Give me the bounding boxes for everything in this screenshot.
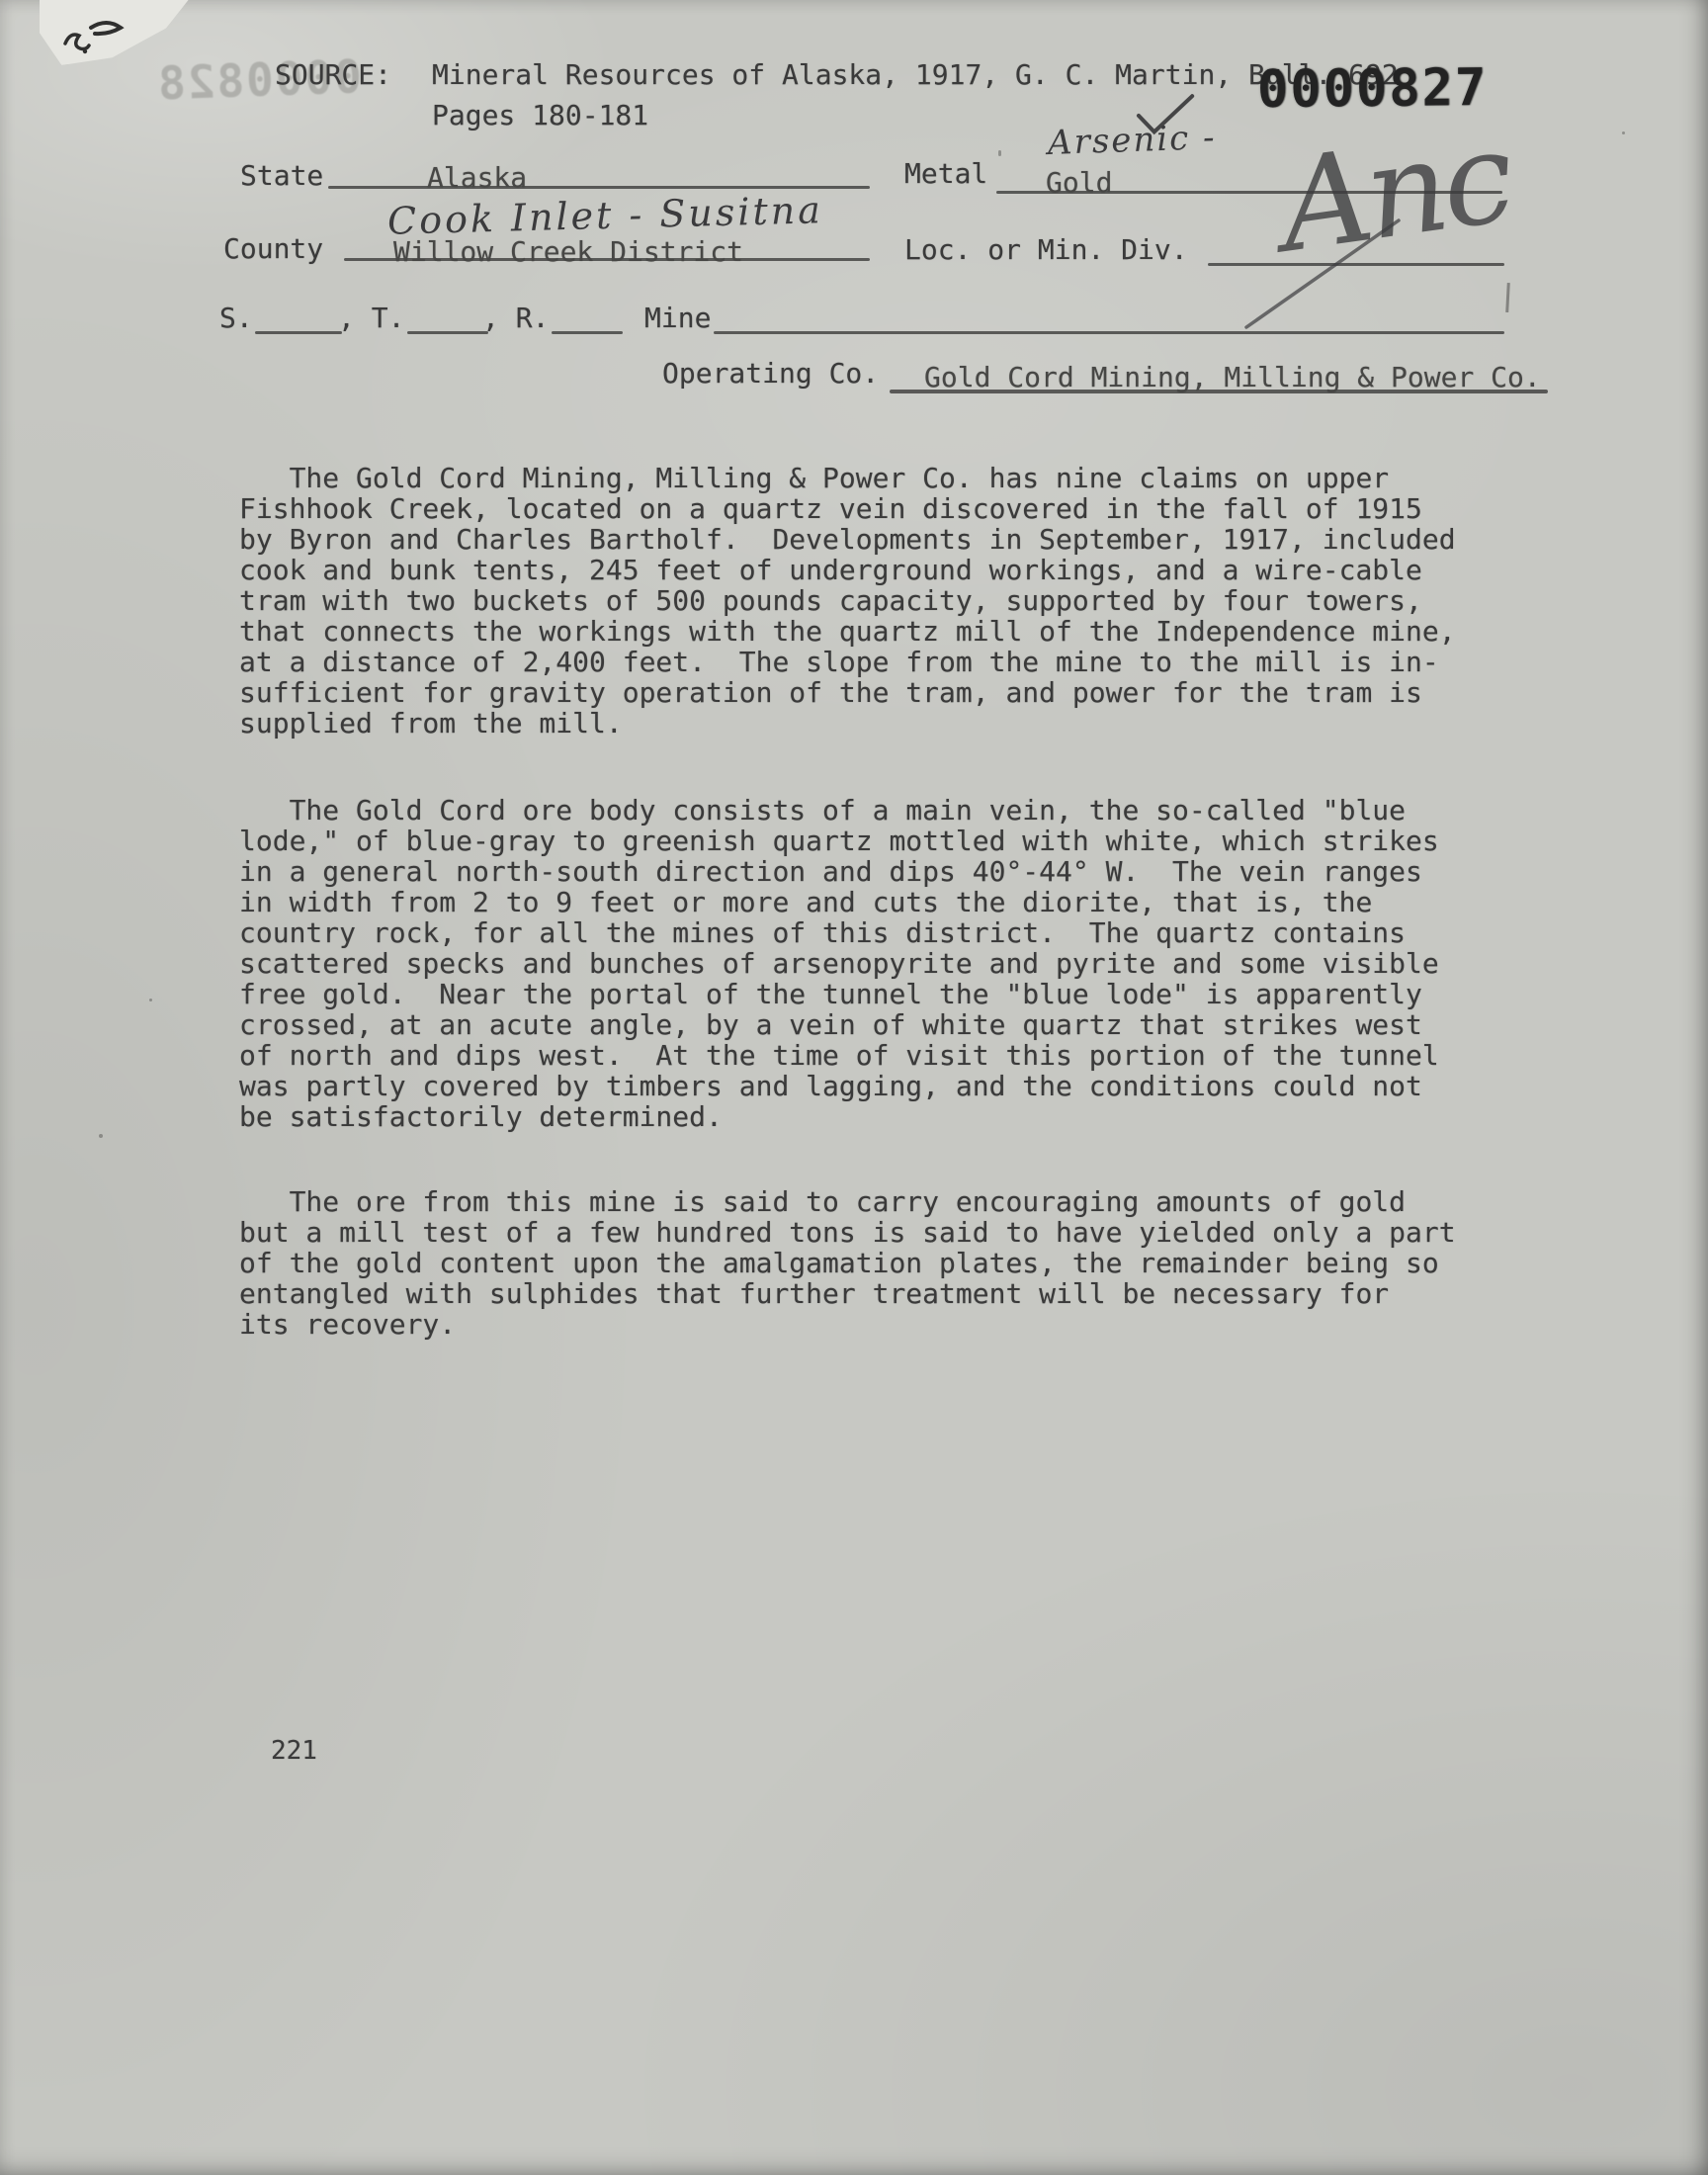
body-paragraph-3: The ore from this mine is said to carry … [239,1186,1456,1340]
county-value: Willow Creek District [393,236,743,267]
anc-flourish-stroke [1240,193,1537,331]
page-number: 221 [271,1736,317,1767]
scan-speck [149,999,152,1001]
state-value: Alaska [427,162,527,193]
section-field-line [255,331,342,334]
township-field-line [407,331,488,334]
state-label: State [240,160,323,191]
mine-label: Mine [644,303,711,333]
scan-speck [99,1134,103,1138]
range-field-line [552,331,623,334]
range-label: , R. [482,303,549,333]
scan-speck [998,150,1001,156]
source-label: SOURCE: [275,59,391,90]
source-pages: Pages 180-181 [432,100,648,130]
county-label: County [223,233,323,264]
operating-co-label: Operating Co. [662,358,879,389]
handwritten-arsenic: Arsenic - [1047,118,1217,163]
loc-min-div-label: Loc. or Min. Div. [904,234,1188,265]
body-paragraph-1: The Gold Cord Mining, Milling & Power Co… [239,463,1456,739]
pen-scribble [57,14,146,61]
scan-speck [1622,131,1625,134]
metal-label: Metal [904,158,987,189]
operating-co-value: Gold Cord Mining, Milling & Power Co. [924,362,1541,392]
source-text: Mineral Resources of Alaska, 1917, G. C.… [432,59,1399,90]
body-paragraph-2: The Gold Cord ore body consists of a mai… [239,795,1439,1132]
section-label: S. [219,303,253,333]
document-page: 0000828 SOURCE: Mineral Resources of Ala… [0,0,1708,2175]
metal-value: Gold [1046,167,1112,198]
township-label: , T. [338,303,404,333]
mine-field-line [714,331,1504,334]
